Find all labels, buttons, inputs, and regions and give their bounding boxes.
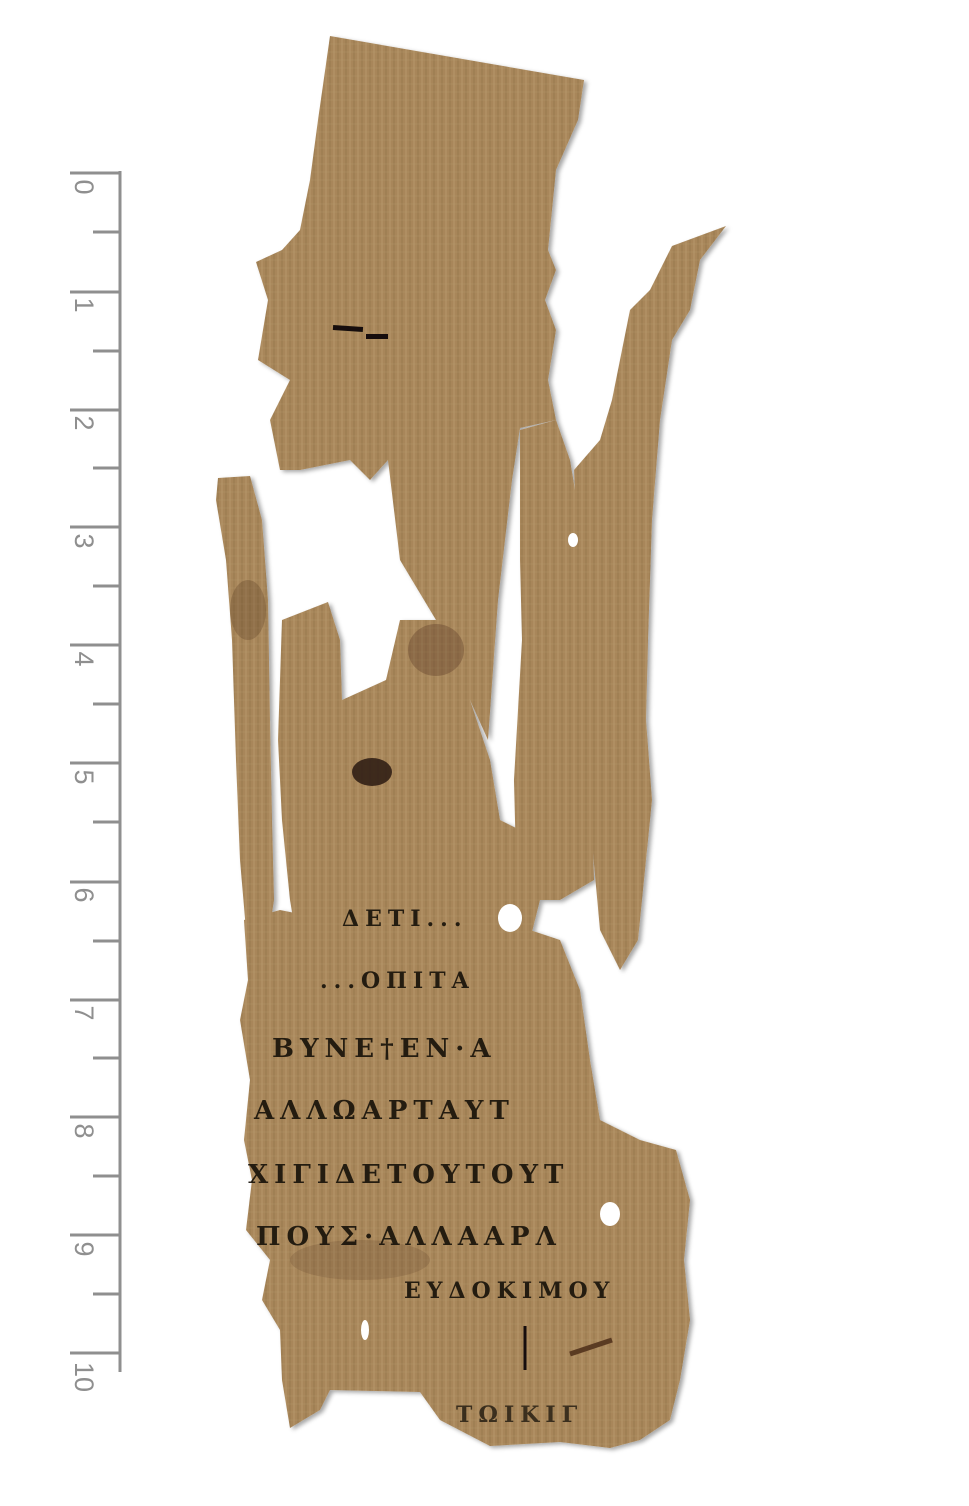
text-line-3: ΒΥΝΕ†ΕΝ·Α xyxy=(272,1034,497,1064)
ruler-label-6: 6 xyxy=(69,875,99,915)
ruler-label-7: 7 xyxy=(69,993,99,1033)
ruler-label-3: 3 xyxy=(69,521,99,561)
ruler-label-5: 5 xyxy=(69,757,99,797)
ruler-label-1: 1 xyxy=(69,285,99,325)
ruler-label-9: 9 xyxy=(69,1229,99,1269)
text-line-7: ΕΥΔΟΚΙΜΟΥ xyxy=(404,1278,615,1304)
ruler-label-2: 2 xyxy=(69,403,99,443)
text-line-1: ΔΕΤΙ... xyxy=(342,906,467,932)
text-line-4: ΑΛΛΩΑΡΤΑΥΤ xyxy=(254,1096,515,1126)
text-line-8: ΤΩΙΚΙΓ xyxy=(456,1402,583,1428)
ruler-label-0: 0 xyxy=(69,167,99,207)
ruler-label-4: 4 xyxy=(69,639,99,679)
ruler-label-8: 8 xyxy=(69,1111,99,1151)
ruler-label-10: 10 xyxy=(69,1355,99,1399)
text-line-6: ΠΟΥΣ·ΑΛΛΑΑΡΛ xyxy=(256,1222,562,1252)
text-line-2: ...ΟΠΙΤΑ xyxy=(320,968,475,994)
text-line-5: ΧΙΓΙΔΕΤΟΥΤΟΥΤ xyxy=(248,1160,569,1190)
